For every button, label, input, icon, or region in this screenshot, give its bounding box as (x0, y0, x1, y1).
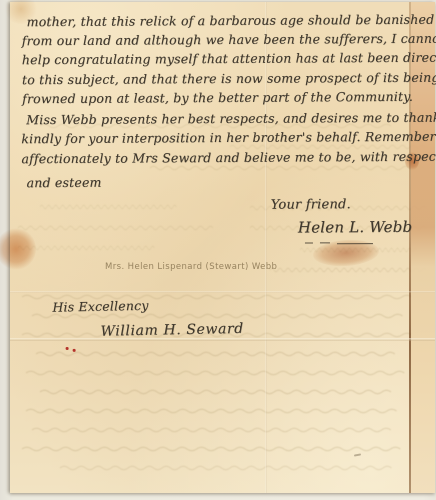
letter-line-4: to this subject, and that there is now s… (22, 70, 436, 88)
pencil-annotation: Mrs. Helen Lispenard (Stewart) Webb (105, 262, 277, 272)
letter-body: mother, that this relick of a barbarous … (9, 1, 436, 495)
signature-flourish-dash-1 (305, 242, 313, 243)
letter-line-9: and esteem (27, 175, 102, 190)
addressee-line-2: William H. Seward (100, 321, 244, 340)
red-ink-dot-1 (66, 347, 69, 350)
closing-line: Your friend. (271, 197, 351, 212)
paper-sheet: mother, that this relick of a barbarous … (10, 2, 435, 493)
letter-line-5: frowned upon at least, by the better par… (22, 89, 413, 106)
letter-line-6: Miss Webb presents her best respects, an… (26, 109, 436, 127)
signature-flourish-dash-2 (320, 242, 330, 243)
red-ink-dot-2 (73, 349, 76, 352)
signature: Helen L. Webb (298, 218, 413, 237)
letter-line-7: kindly for your interposition in her bro… (21, 129, 436, 147)
addressee-line-1: His Excellency (52, 298, 148, 315)
letter-line-3: help congratulating myself that attentio… (22, 50, 436, 68)
letter-line-1: mother, that this relick of a barbarous … (27, 12, 435, 29)
scanned-letter-page: mother, that this relick of a barbarous … (0, 0, 436, 500)
letter-line-8: affectionately to Mrs Seward and believe… (21, 149, 436, 167)
signature-flourish-dash-3 (337, 243, 373, 244)
letter-line-2: from our land and although we have been … (22, 31, 436, 49)
